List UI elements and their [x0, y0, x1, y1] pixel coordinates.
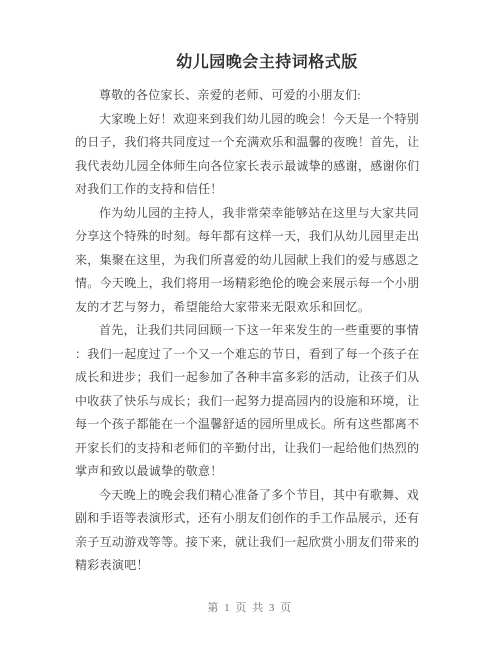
text-line: 对我们工作的支持和信任！: [75, 178, 419, 202]
text-line: 剧和手语等表演形式，还有小朋友们创作的手工作品展示，还有: [75, 507, 419, 531]
document-page: 幼儿园晚会主持词格式版 尊敬的各位家长、亲爱的老师、可爱的小朋友们:大家晚上好！…: [0, 0, 500, 647]
page-number-footer: 第 1 页 共 3 页: [0, 600, 500, 616]
text-line: 成长和进步；我们一起参加了各种丰富多彩的活动，让孩子们从: [75, 366, 419, 390]
text-line: 我代表幼儿园全体师生向各位家长表示最诚挚的感谢，感谢你们: [75, 155, 419, 179]
text-line: 大家晚上好！欢迎来到我们幼儿园的晚会！今天是一个特别: [75, 108, 419, 132]
text-line: 掌声和致以最诚挚的敬意！: [75, 460, 419, 484]
paragraph: 首先，让我们共同回顾一下这一年来发生的一些重要的事情：我们一起度过了一个又一个难…: [75, 319, 419, 484]
paragraph: 作为幼儿园的主持人，我非常荣幸能够站在这里与大家共同分享这个特殊的时刻。每年都有…: [75, 202, 419, 320]
document-title: 幼儿园晚会主持词格式版: [95, 0, 439, 76]
text-line: 友的才艺与努力，希望能给大家带来无限欢乐和回忆。: [75, 296, 419, 320]
text-line: 分享这个特殊的时刻。每年都有这样一天，我们从幼儿园里走出: [75, 225, 419, 249]
text-line: 亲子互动游戏等等。接下来，就让我们一起欣赏小朋友们带来的: [75, 531, 419, 555]
text-line: 精彩表演吧！: [75, 554, 419, 578]
text-line: 中收获了快乐与成长；我们一起努力提高园内的设施和环境，让: [75, 390, 419, 414]
paragraph: 尊敬的各位家长、亲爱的老师、可爱的小朋友们:: [75, 84, 419, 108]
text-line: 每一个孩子都能在一个温馨舒适的园所里成长。所有这些都离不: [75, 413, 419, 437]
text-line: 尊敬的各位家长、亲爱的老师、可爱的小朋友们:: [75, 84, 419, 108]
text-line: 情。今天晚上，我们将用一场精彩绝伦的晚会来展示每一个小朋: [75, 272, 419, 296]
text-line: 作为幼儿园的主持人，我非常荣幸能够站在这里与大家共同: [75, 202, 419, 226]
text-line: ：我们一起度过了一个又一个难忘的节日，看到了每一个孩子在: [75, 343, 419, 367]
paragraph: 今天晚上的晚会我们精心准备了多个节目，其中有歌舞、戏剧和手语等表演形式，还有小朋…: [75, 484, 419, 578]
text-line: 今天晚上的晚会我们精心准备了多个节目，其中有歌舞、戏: [75, 484, 419, 508]
paragraph: 大家晚上好！欢迎来到我们幼儿园的晚会！今天是一个特别的日子，我们将共同度过一个充…: [75, 108, 419, 202]
text-line: 来，集聚在这里，为我们所喜爱的幼儿园献上我们的爱与感恩之: [75, 249, 419, 273]
text-line: 首先，让我们共同回顾一下这一年来发生的一些重要的事情: [75, 319, 419, 343]
document-body: 尊敬的各位家长、亲爱的老师、可爱的小朋友们:大家晚上好！欢迎来到我们幼儿园的晚会…: [75, 84, 419, 578]
text-line: 开家长们的支持和老师们的辛勤付出，让我们一起给他们热烈的: [75, 437, 419, 461]
text-line: 的日子，我们将共同度过一个充满欢乐和温馨的夜晚！首先，让: [75, 131, 419, 155]
